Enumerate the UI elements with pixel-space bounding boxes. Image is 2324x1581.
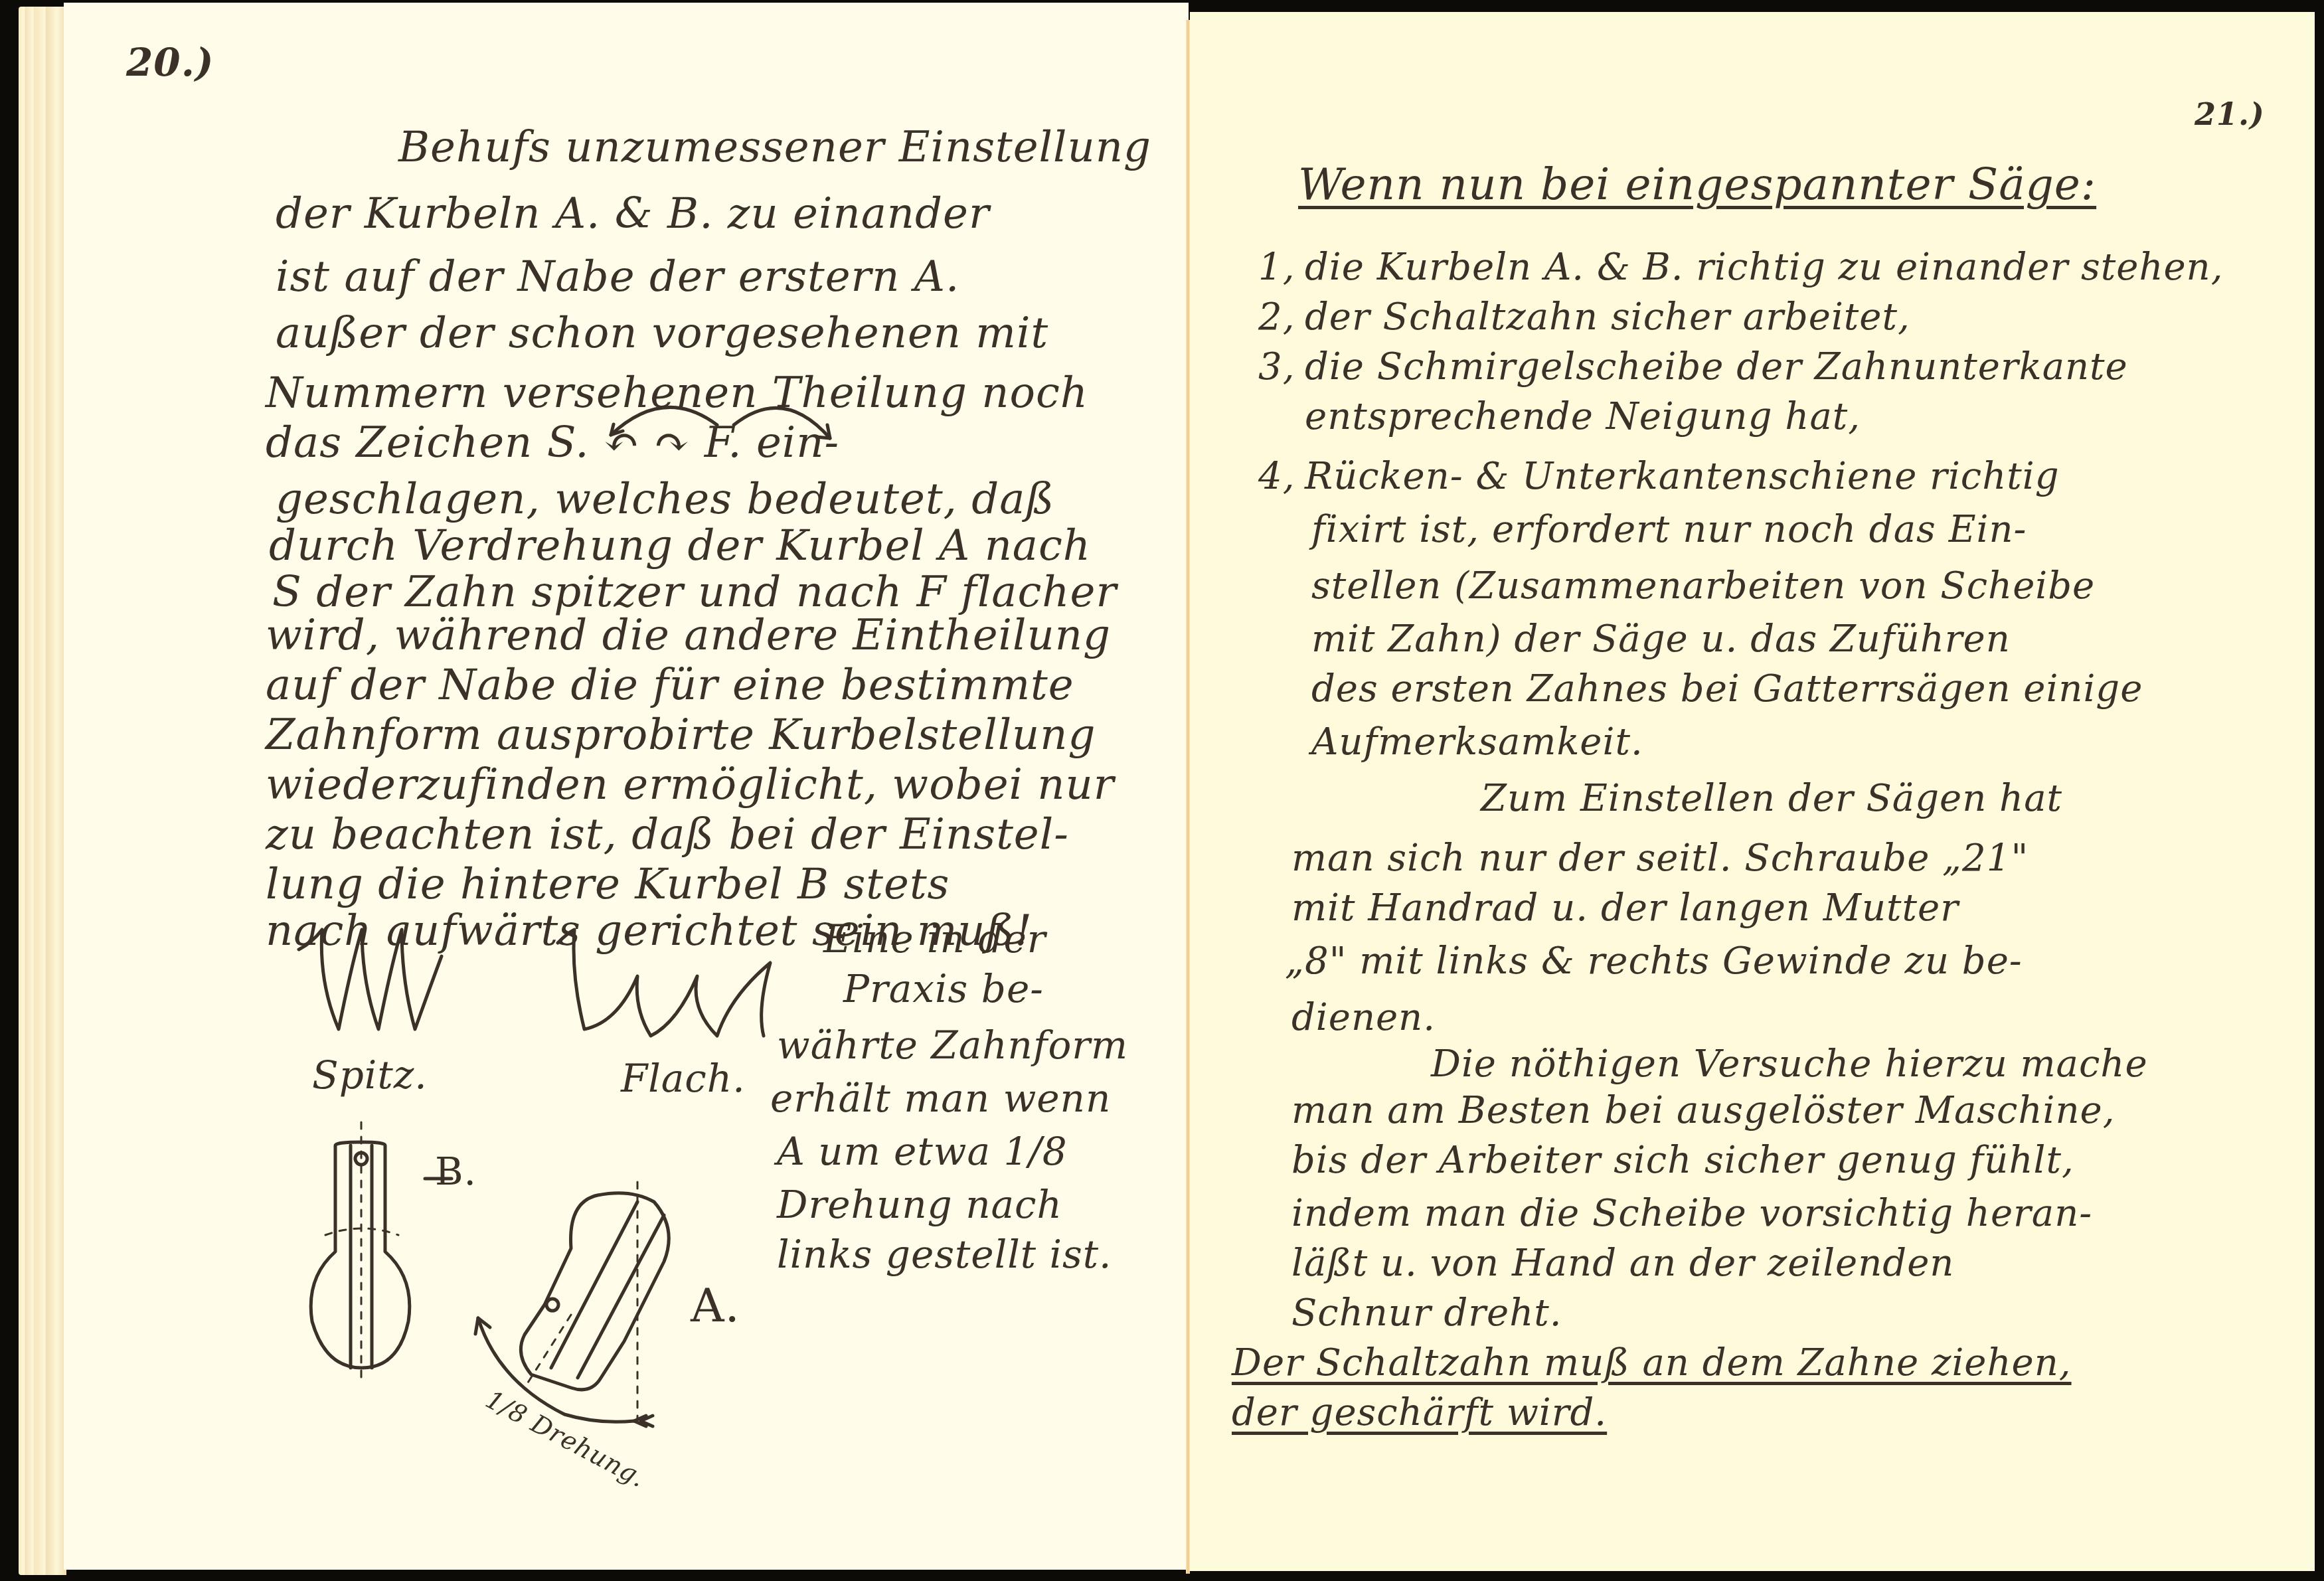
text-line: Zum Einstellen der Sägen hat	[1481, 780, 2062, 817]
text-line: Die nöthigen Versuche hierzu mache	[1431, 1046, 2148, 1083]
list-item-text: stellen (Zusammenarbeiten von Scheibe	[1311, 568, 2095, 605]
list-item-text: der Schaltzahn sicher arbeitet,	[1305, 299, 1910, 336]
text-line: man am Besten bei ausgelöster Maschine,	[1291, 1092, 2115, 1129]
list-item-text: mit Zahn) der Säge u. das Zuführen	[1311, 621, 2011, 658]
list-item-number: 2,	[1258, 299, 1295, 336]
list-item-text: die Kurbeln A. & B. richtig zu einander …	[1305, 249, 2223, 286]
list-item-text: Aufmerksamkeit.	[1311, 724, 1643, 761]
text-line: man sich nur der seitl. Schraube „21"	[1291, 840, 2029, 877]
page-number-right: 21.)	[2195, 96, 2265, 132]
text-line: Schnur dreht.	[1291, 1295, 1562, 1332]
text-line: „8" mit links & rechts Gewinde zu be-	[1285, 943, 2023, 980]
text-line: dienen.	[1291, 999, 1436, 1037]
text-line: läßt u. von Hand an der zeilenden	[1291, 1245, 1954, 1282]
text-line: Der Schaltzahn muß an dem Zahne ziehen,	[1232, 1345, 2072, 1382]
text-line: mit Handrad u. der langen Mutter	[1291, 890, 1959, 927]
list-item-number: 3,	[1258, 349, 1295, 386]
list-item-text: entsprechende Neigung hat,	[1305, 398, 1861, 436]
list-item-text: Rücken- & Unterkantenschiene richtig	[1305, 458, 2059, 495]
list-item-text: des ersten Zahnes bei Gatterrsägen einig…	[1311, 671, 2143, 708]
list-item-text: fixirt ist, erfordert nur noch das Ein-	[1311, 511, 2027, 548]
text-line: indem man die Scheibe vorsichtig heran-	[1291, 1195, 2092, 1232]
text-line: der geschärft wird.	[1232, 1394, 1607, 1432]
text-line: bis der Arbeiter sich sicher genug fühlt…	[1291, 1142, 2074, 1179]
crank-a-label: A.	[691, 1278, 740, 1333]
list-item-number: 4,	[1258, 458, 1295, 495]
list-item-number: 1,	[1258, 249, 1295, 286]
right-heading: Wenn nun bei eingespannter Säge:	[1298, 163, 2096, 207]
list-item-text: die Schmirgelscheibe der Zahnunterkante	[1305, 349, 2128, 386]
